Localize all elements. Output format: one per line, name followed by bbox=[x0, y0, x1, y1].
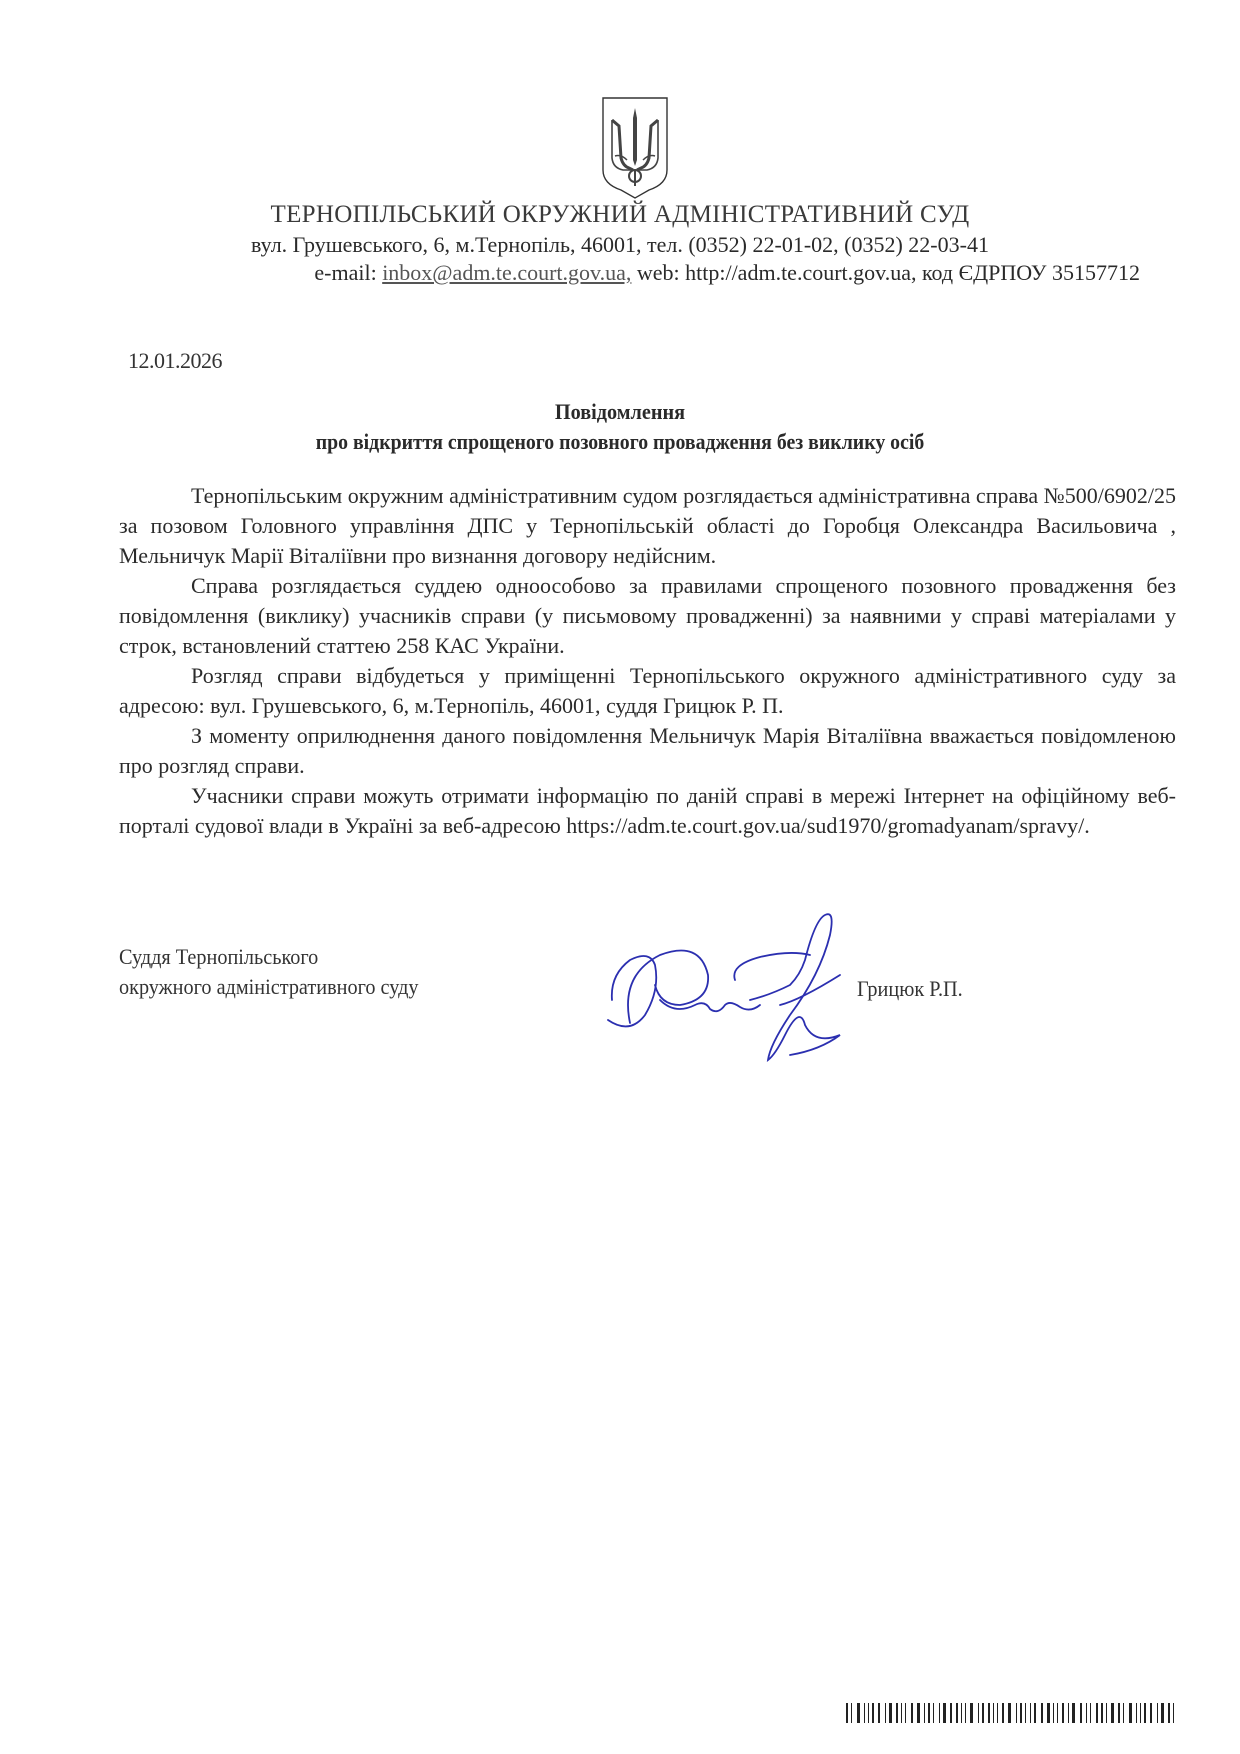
barcode-bar bbox=[965, 1703, 966, 1723]
barcode-bar bbox=[878, 1703, 880, 1723]
paragraph: Тернопільським окружним адміністративним… bbox=[119, 481, 1176, 571]
barcode-bar bbox=[901, 1703, 902, 1723]
barcode-bar bbox=[1161, 1703, 1164, 1723]
barcode-bar bbox=[872, 1703, 874, 1723]
barcode-bar bbox=[1016, 1703, 1017, 1723]
email-label: e-mail: bbox=[314, 260, 376, 285]
document-subtitle: про відкриття спрощеного позовного прова… bbox=[62, 427, 1178, 457]
barcode-bar bbox=[1053, 1703, 1054, 1723]
judge-position-line2: окружного адміністративного суду bbox=[119, 972, 419, 1002]
barcode-bar bbox=[1020, 1703, 1022, 1723]
barcode-bar bbox=[1080, 1703, 1082, 1723]
paragraph: Справа розглядається суддею одноособово … bbox=[119, 571, 1176, 661]
barcode-bar bbox=[864, 1703, 865, 1723]
barcode-bar bbox=[911, 1703, 913, 1723]
barcode-bar bbox=[896, 1703, 898, 1723]
barcode-bar bbox=[943, 1703, 946, 1723]
paragraph: Розгляд справи відбудеться у приміщенні … bbox=[119, 661, 1176, 721]
barcode-bar bbox=[1136, 1703, 1137, 1723]
barcode-bar bbox=[1072, 1703, 1075, 1723]
barcode-bar bbox=[950, 1703, 952, 1723]
barcode-bar bbox=[885, 1703, 886, 1723]
barcode-bar bbox=[851, 1703, 852, 1723]
barcode-bar bbox=[1030, 1703, 1031, 1723]
paragraph: Учасники справи можуть отримати інформац… bbox=[119, 781, 1176, 841]
barcode-bar bbox=[988, 1703, 990, 1723]
barcode-bar bbox=[993, 1703, 994, 1723]
barcode-bar bbox=[978, 1703, 979, 1723]
barcode-bar bbox=[1129, 1703, 1132, 1723]
barcode-bar bbox=[905, 1703, 906, 1723]
barcode-bar bbox=[1025, 1703, 1026, 1723]
coat-of-arms-icon bbox=[599, 96, 671, 200]
barcode-bar bbox=[1002, 1703, 1004, 1723]
barcode-bar bbox=[1150, 1703, 1152, 1723]
judge-position: Суддя Тернопільського окружного адмініст… bbox=[119, 942, 419, 1002]
barcode-bar bbox=[1047, 1703, 1050, 1723]
barcode-bar bbox=[1123, 1703, 1124, 1723]
court-address: вул. Грушевського, 6, м.Тернопіль, 46001… bbox=[0, 231, 1240, 259]
barcode-bar bbox=[857, 1703, 860, 1723]
document-body: Тернопільським окружним адміністративним… bbox=[119, 481, 1176, 841]
document-date: 12.01.2026 bbox=[128, 348, 222, 374]
barcode-bar bbox=[982, 1703, 984, 1723]
barcode-bar bbox=[1168, 1703, 1170, 1723]
barcode-bar bbox=[1106, 1703, 1107, 1723]
web-and-code: web: http://adm.te.court.gov.ua, код ЄДР… bbox=[637, 260, 1140, 285]
barcode-bar bbox=[939, 1703, 940, 1723]
judge-name: Грицюк Р.П. bbox=[857, 976, 963, 1002]
barcode-bar bbox=[1086, 1703, 1087, 1723]
document-title: Повідомлення bbox=[50, 397, 1191, 427]
barcode-bar bbox=[1111, 1703, 1114, 1723]
barcode-bar bbox=[1118, 1703, 1120, 1723]
barcode-bar bbox=[997, 1703, 998, 1723]
barcode-bar bbox=[846, 1703, 848, 1723]
barcode-bar bbox=[1041, 1703, 1043, 1723]
barcode-bar bbox=[1068, 1703, 1069, 1723]
barcode-bar bbox=[1034, 1703, 1036, 1723]
barcode-bar bbox=[933, 1703, 934, 1723]
barcode-bar bbox=[889, 1703, 892, 1723]
barcode-bar bbox=[1096, 1703, 1098, 1723]
barcode-bar bbox=[928, 1703, 930, 1723]
paragraph: З моменту оприлюднення даного повідомлен… bbox=[119, 721, 1176, 781]
barcode-icon bbox=[846, 1703, 1180, 1723]
barcode-bar bbox=[917, 1703, 920, 1723]
email-link[interactable]: inbox@adm.te.court.gov.ua, bbox=[382, 260, 631, 285]
barcode-bar bbox=[924, 1703, 925, 1723]
barcode-bar bbox=[1101, 1703, 1103, 1723]
barcode-bar bbox=[1173, 1703, 1174, 1723]
barcode-bar bbox=[1062, 1703, 1064, 1723]
handwritten-signature-icon bbox=[600, 905, 870, 1065]
judge-position-line1: Суддя Тернопільського bbox=[119, 942, 419, 972]
barcode-bar bbox=[1144, 1703, 1146, 1723]
barcode-bar bbox=[970, 1703, 973, 1723]
barcode-bar bbox=[1008, 1703, 1011, 1723]
barcode-bar bbox=[868, 1703, 869, 1723]
barcode-bar bbox=[961, 1703, 962, 1723]
barcode-bar bbox=[1157, 1703, 1158, 1723]
barcode-bar bbox=[1057, 1703, 1058, 1723]
barcode-bar bbox=[1090, 1703, 1091, 1723]
barcode-bar bbox=[956, 1703, 958, 1723]
court-name: ТЕРНОПІЛЬСЬКИЙ ОКРУЖНИЙ АДМІНІСТРАТИВНИЙ… bbox=[0, 200, 1240, 230]
barcode-bar bbox=[1140, 1703, 1141, 1723]
